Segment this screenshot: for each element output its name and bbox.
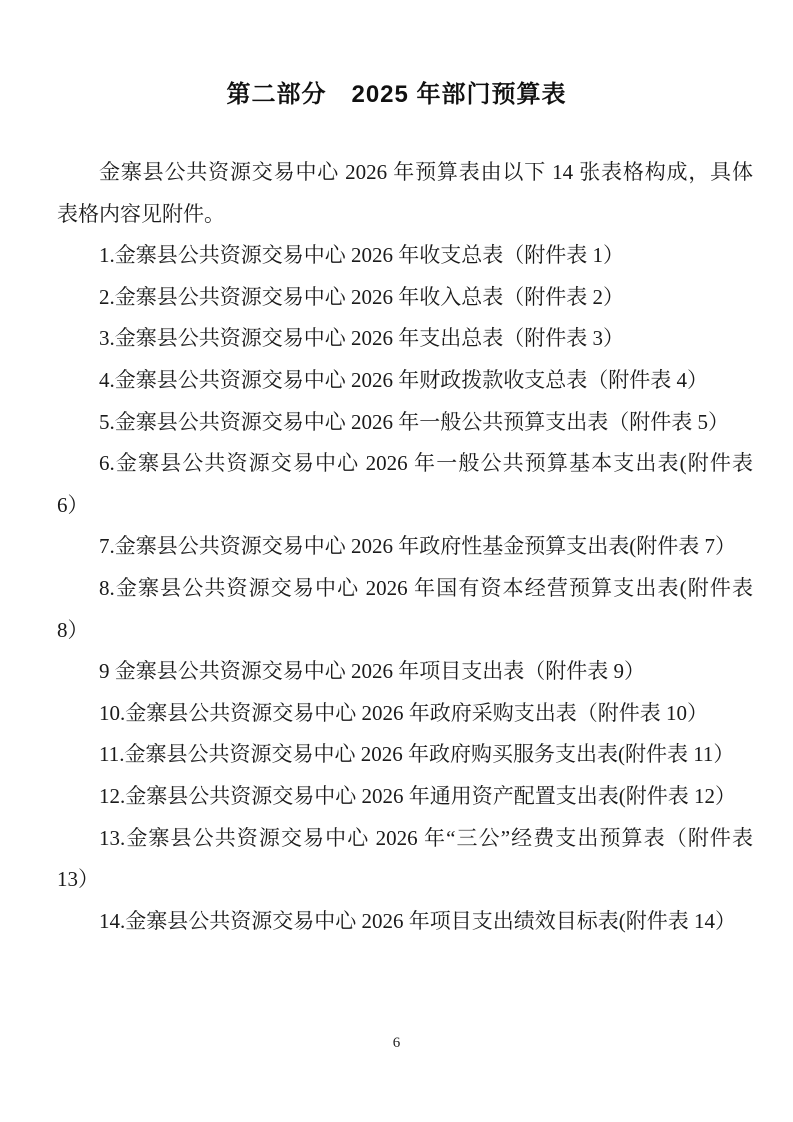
list-item-7: 7.金寨县公共资源交易中心 2026 年政府性基金预算支出表(附件表 7）	[57, 526, 753, 568]
list-item-10: 10.金寨县公共资源交易中心 2026 年政府采购支出表（附件表 10）	[57, 693, 753, 735]
list-item-4: 4.金寨县公共资源交易中心 2026 年财政拨款收支总表（附件表 4）	[57, 360, 753, 402]
list-item-6-line-1: 6.金寨县公共资源交易中心 2026 年一般公共预算基本支出表(附件表	[57, 443, 753, 485]
list-item-3: 3.金寨县公共资源交易中心 2026 年支出总表（附件表 3）	[57, 318, 753, 360]
intro-line-2: 表格内容见附件。	[57, 194, 753, 236]
page-number: 6	[0, 1033, 793, 1053]
list-item-2: 2.金寨县公共资源交易中心 2026 年收入总表（附件表 2）	[57, 277, 753, 319]
list-item-14: 14.金寨县公共资源交易中心 2026 年项目支出绩效目标表(附件表 14）	[57, 901, 753, 943]
document-page: 第二部分 2025 年部门预算表 金寨县公共资源交易中心 2026 年预算表由以…	[0, 0, 793, 1122]
list-item-13-line-2: 13）	[57, 859, 753, 901]
list-item-12: 12.金寨县公共资源交易中心 2026 年通用资产配置支出表(附件表 12）	[57, 776, 753, 818]
list-item-8-line-1: 8.金寨县公共资源交易中心 2026 年国有资本经营预算支出表(附件表	[57, 568, 753, 610]
list-item-1: 1.金寨县公共资源交易中心 2026 年收支总表（附件表 1）	[57, 235, 753, 277]
document-body: 金寨县公共资源交易中心 2026 年预算表由以下 14 张表格构成，具体表格内容…	[57, 152, 753, 942]
intro-line-1: 金寨县公共资源交易中心 2026 年预算表由以下 14 张表格构成，具体	[57, 152, 753, 194]
list-item-9: 9 金寨县公共资源交易中心 2026 年项目支出表（附件表 9）	[57, 651, 753, 693]
list-item-6-line-2: 6）	[57, 485, 753, 527]
list-item-8-line-2: 8）	[57, 610, 753, 652]
list-item-13-line-1: 13.金寨县公共资源交易中心 2026 年“三公”经费支出预算表（附件表	[57, 818, 753, 860]
list-item-5: 5.金寨县公共资源交易中心 2026 年一般公共预算支出表（附件表 5）	[57, 402, 753, 444]
list-item-11: 11.金寨县公共资源交易中心 2026 年政府购买服务支出表(附件表 11）	[57, 734, 753, 776]
section-title: 第二部分 2025 年部门预算表	[0, 80, 793, 110]
